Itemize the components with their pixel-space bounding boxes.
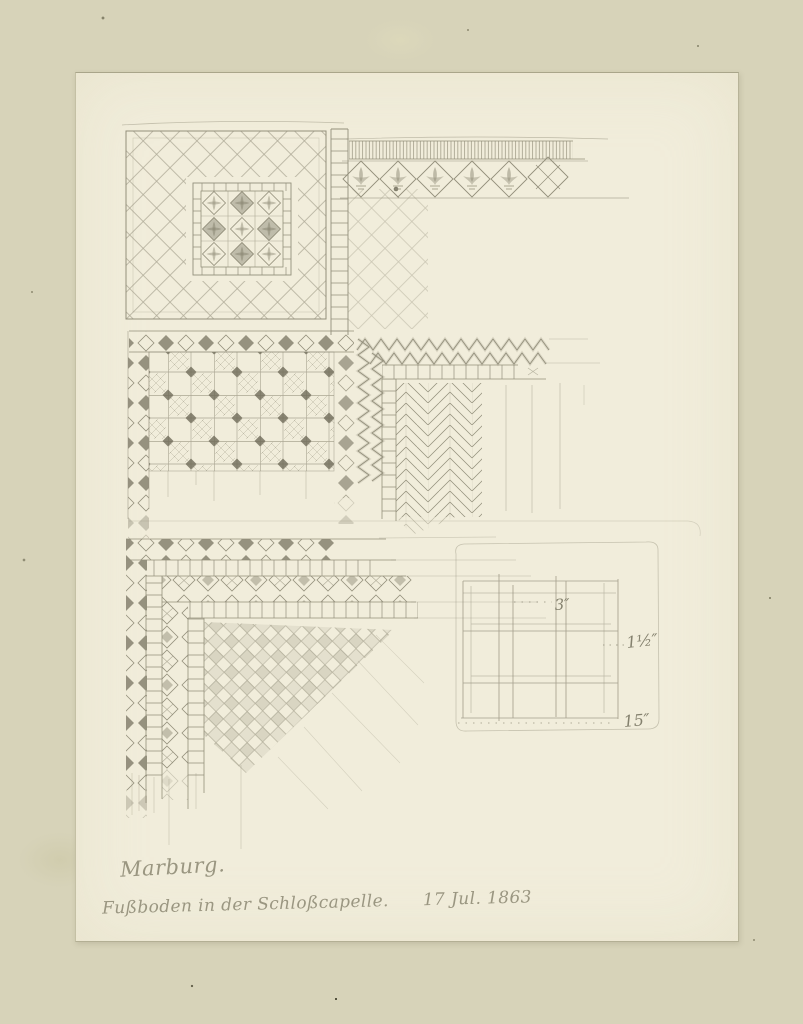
mounted-drawing-scan: 3″ 1½″ 15″ Marburg. Fußboden in der Schl… (0, 0, 803, 1024)
figure-measured-tile: 3″ 1½″ 15″ (456, 542, 659, 731)
figure-diamond-border-corner (126, 521, 700, 849)
figure-herringbone-corner (357, 339, 600, 535)
annotation-strip-width: 1½″ (625, 630, 658, 652)
annotation-tile-width: 15″ (623, 710, 651, 731)
figure-fleur-frieze (340, 137, 629, 198)
pencil-drawing: 3″ 1½″ 15″ (76, 73, 738, 941)
figure-checker-floor (128, 331, 355, 540)
inscription-date: 17 Jul. 1863 (423, 887, 533, 910)
annotation-border-width: 3″ (554, 595, 571, 614)
drawing-sheet: 3″ 1½″ 15″ Marburg. Fußboden in der Schl… (75, 72, 739, 942)
